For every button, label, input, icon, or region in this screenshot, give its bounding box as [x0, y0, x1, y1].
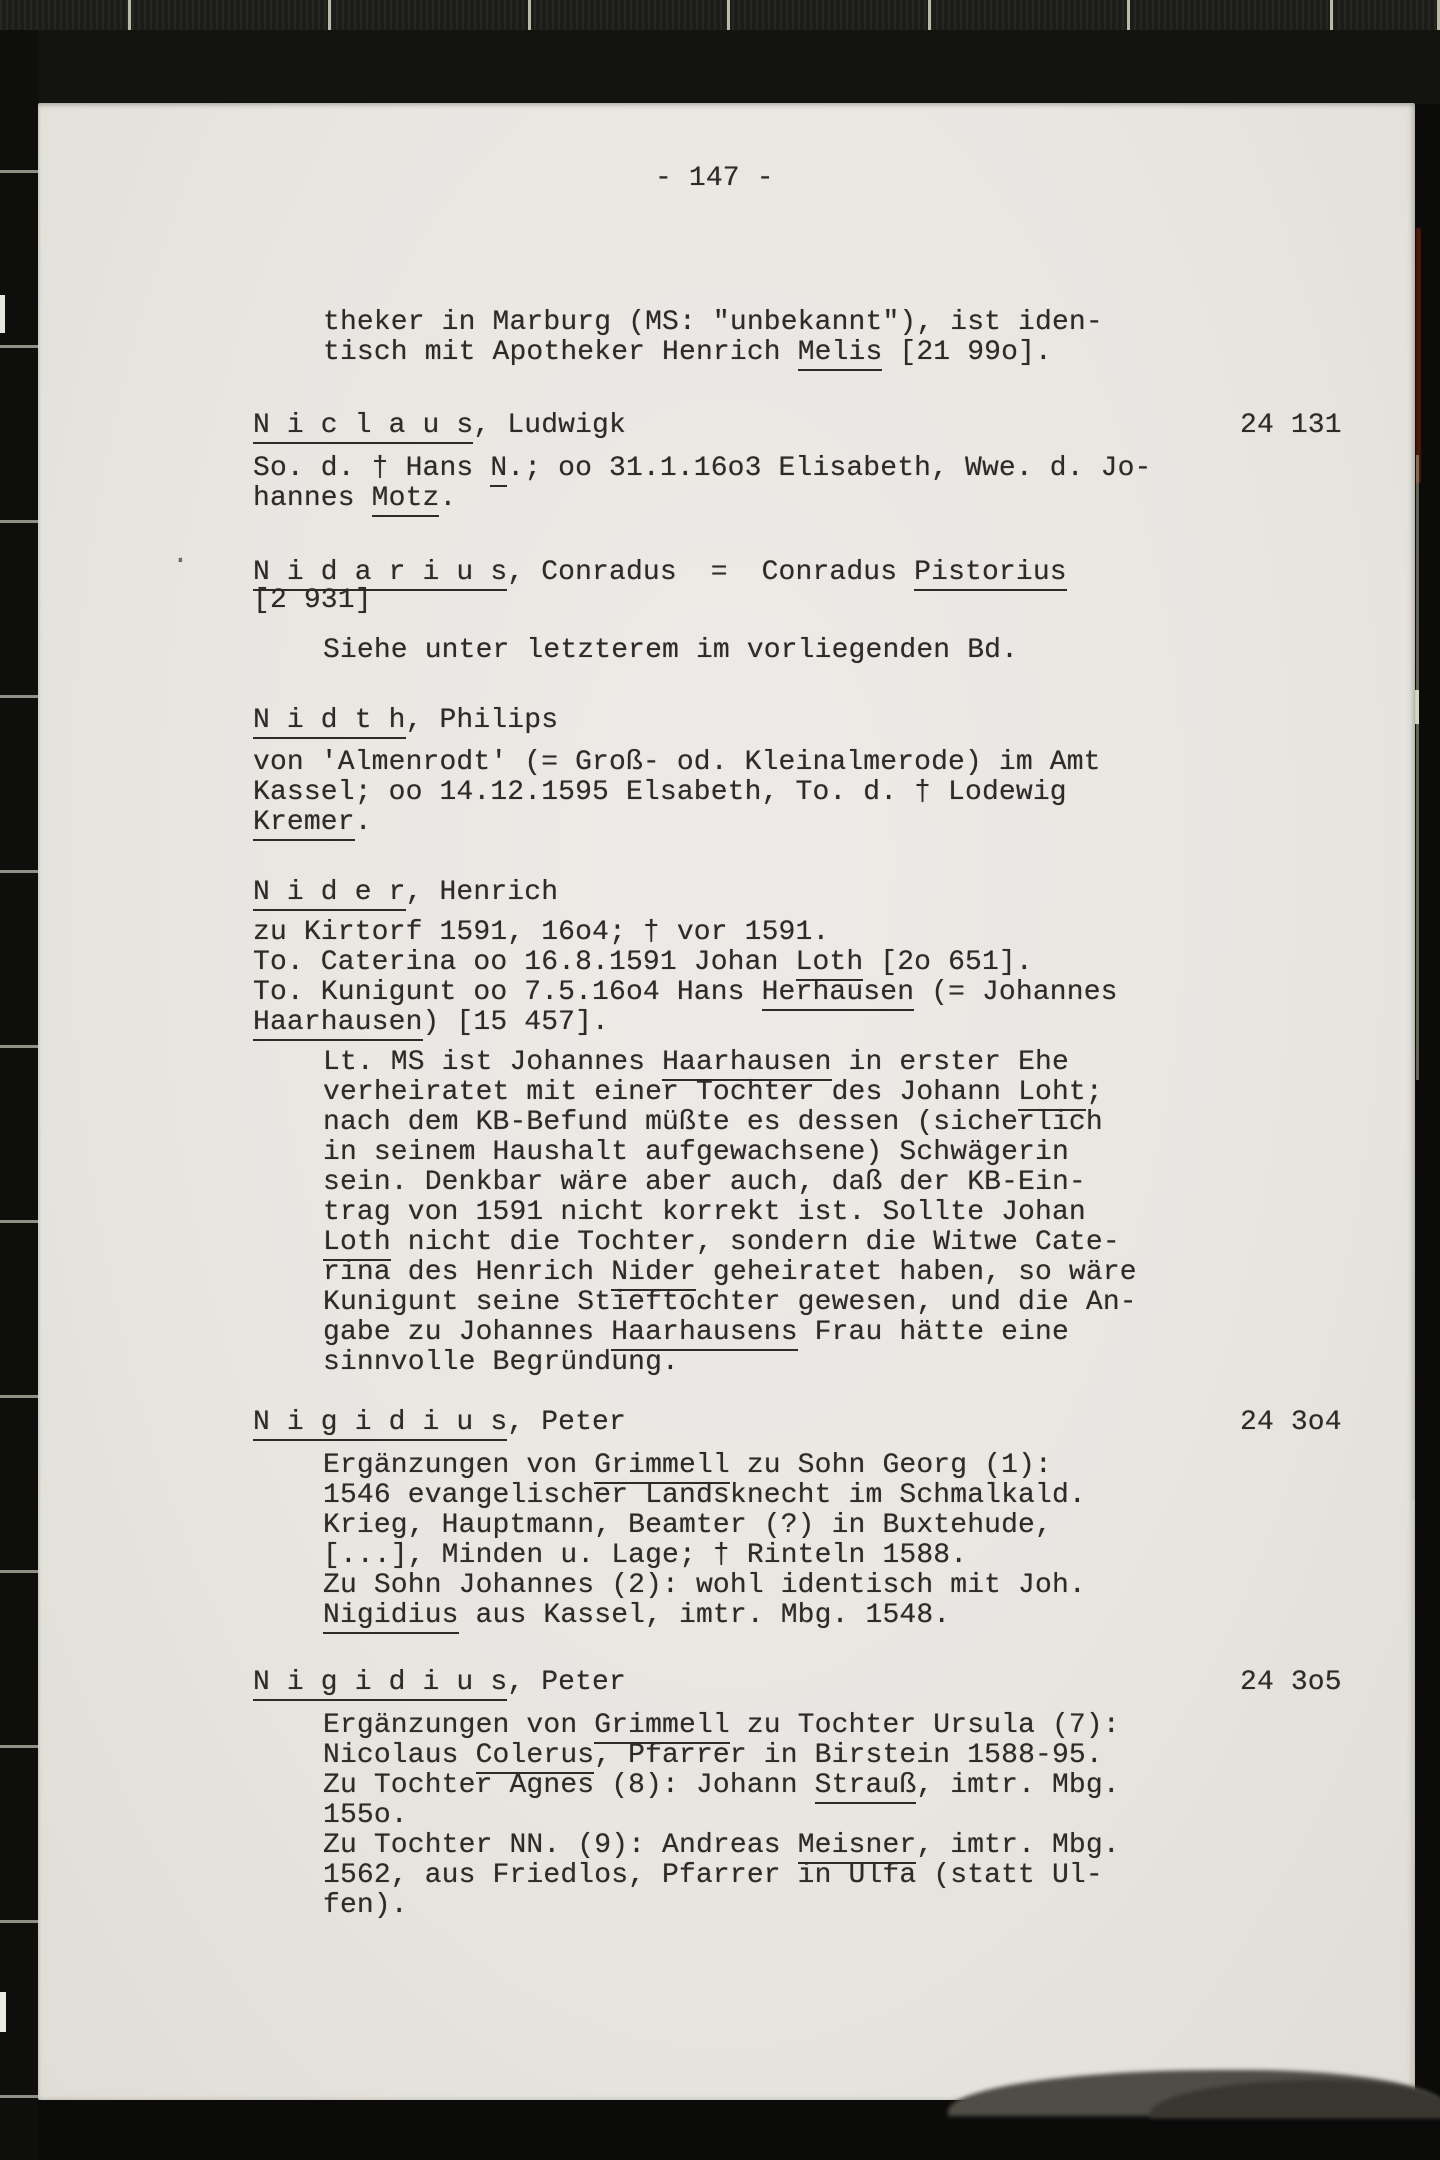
film-tick — [0, 1745, 38, 1748]
text-line: [...], Minden u. Lage; † Rinteln 1588. — [323, 1541, 967, 1571]
text-line: Ergänzungen von Grimmell zu Sohn Georg (… — [323, 1451, 1052, 1481]
text-line: [2 931] — [253, 586, 372, 616]
text-line: rina des Henrich Nider geheiratet haben,… — [323, 1258, 1137, 1288]
film-scratch-mark — [0, 1992, 6, 2032]
text-line: fen). — [323, 1891, 408, 1921]
text-line: hannes Motz. — [253, 484, 456, 514]
film-edge-artifact — [1415, 690, 1419, 724]
text-line: To. Caterina oo 16.8.1591 Johan Loth [2o… — [253, 948, 1033, 978]
text-line: Nigidius aus Kassel, imtr. Mbg. 1548. — [323, 1601, 950, 1631]
text-line: Zu Tochter NN. (9): Andreas Meisner, imt… — [323, 1831, 1120, 1861]
scan-border-top — [0, 30, 1440, 104]
text-line: N i c l a u s, Ludwigk — [253, 411, 626, 441]
text-line: gabe zu Johannes Haarhausens Frau hätte … — [323, 1318, 1069, 1348]
text-line: Loth nicht die Tochter, sondern die Witw… — [323, 1228, 1120, 1258]
film-tick — [1127, 0, 1130, 30]
film-edge-top — [0, 0, 1440, 30]
margin-ref: 24 131 — [1240, 411, 1342, 441]
margin-ref: 24 3o5 — [1240, 1668, 1342, 1698]
scan-viewport: { "page": { "number": "- 147 -", "paper_… — [0, 0, 1440, 2160]
page-number: - 147 - — [655, 164, 774, 194]
margin-ref: 24 3o4 — [1240, 1408, 1342, 1438]
film-tick — [0, 520, 38, 523]
text-line: in seinem Haushalt aufgewachsene) Schwäg… — [323, 1138, 1069, 1168]
film-tick — [0, 345, 38, 348]
film-tick — [0, 695, 38, 698]
text-line: N i d a r i u s, Conradus = Conradus Pis… — [253, 558, 1067, 588]
film-tick — [0, 2095, 38, 2098]
text-line: Nicolaus Colerus, Pfarrer in Birstein 15… — [323, 1741, 1103, 1771]
text-line: 155o. — [323, 1801, 408, 1831]
text-line: Kunigunt seine Stieftochter gewesen, und… — [323, 1288, 1137, 1318]
film-edge-artifact — [1416, 228, 1421, 483]
film-tick — [328, 0, 331, 30]
film-tick — [928, 0, 931, 30]
film-tick — [0, 1570, 38, 1573]
film-edge-artifact — [1412, 1500, 1415, 2100]
text-line: Ergänzungen von Grimmell zu Tochter Ursu… — [323, 1711, 1120, 1741]
text-line: sinnvolle Begründung. — [323, 1348, 679, 1378]
text-line: Kremer. — [253, 808, 372, 838]
film-edge-left — [0, 30, 38, 2160]
text-line: Zu Sohn Johannes (2): wohl identisch mit… — [323, 1571, 1086, 1601]
text-line: Kassel; oo 14.12.1595 Elsabeth, To. d. †… — [253, 778, 1067, 808]
text-line: Haarhausen) [15 457]. — [253, 1008, 609, 1038]
text-line: Siehe unter letzterem im vorliegenden Bd… — [323, 636, 1018, 666]
scanned-page: - 147 - theker in Marburg (MS: "unbekann… — [38, 103, 1415, 2100]
text-line: zu Kirtorf 1591, 16o4; † vor 1591. — [253, 918, 829, 948]
film-tick — [0, 170, 38, 173]
film-tick — [128, 0, 131, 30]
film-tick — [0, 1220, 38, 1223]
text-line: N i g i d i u s, Peter — [253, 1668, 626, 1698]
text-line: theker in Marburg (MS: "unbekannt"), ist… — [323, 308, 1103, 338]
film-tick — [1330, 0, 1333, 30]
text-line: von 'Almenrodt' (= Groß- od. Kleinalmero… — [253, 748, 1101, 778]
text-line: To. Kunigunt oo 7.5.16o4 Hans Herhausen … — [253, 978, 1118, 1008]
text-line: 1546 evangelischer Landsknecht im Schmal… — [323, 1481, 1086, 1511]
film-edge-artifact — [1416, 455, 1419, 1080]
film-tick — [0, 1045, 38, 1048]
text-line: tisch mit Apotheker Henrich Melis [21 99… — [323, 338, 1052, 368]
text-line: N i g i d i u s, Peter — [253, 1408, 626, 1438]
text-line: N i d t h, Philips — [253, 706, 558, 736]
text-line: Krieg, Hauptmann, Beamter (?) in Buxtehu… — [323, 1511, 1052, 1541]
text-line: verheiratet mit einer Tochter des Johann… — [323, 1078, 1103, 1108]
text-line: trag von 1591 nicht korrekt ist. Sollte … — [323, 1198, 1086, 1228]
text-line: N i d e r, Henrich — [253, 878, 558, 908]
film-tick — [0, 870, 38, 873]
stray-dot: . — [172, 541, 189, 571]
film-tick — [0, 1920, 38, 1923]
text-line: So. d. † Hans N.; oo 31.1.16o3 Elisabeth… — [253, 454, 1152, 484]
text-line: nach dem KB-Befund müßte es dessen (sich… — [323, 1108, 1103, 1138]
text-line: 1562, aus Friedlos, Pfarrer in Ulfa (sta… — [323, 1861, 1103, 1891]
film-tick — [528, 0, 531, 30]
text-line: sein. Denkbar wäre aber auch, daß der KB… — [323, 1168, 1086, 1198]
film-tick — [727, 0, 730, 30]
film-tick — [0, 1395, 38, 1398]
text-line: Lt. MS ist Johannes Haarhausen in erster… — [323, 1048, 1069, 1078]
film-scratch-mark — [0, 295, 5, 333]
text-line: Zu Tochter Agnes (8): Johann Strauß, imt… — [323, 1771, 1120, 1801]
